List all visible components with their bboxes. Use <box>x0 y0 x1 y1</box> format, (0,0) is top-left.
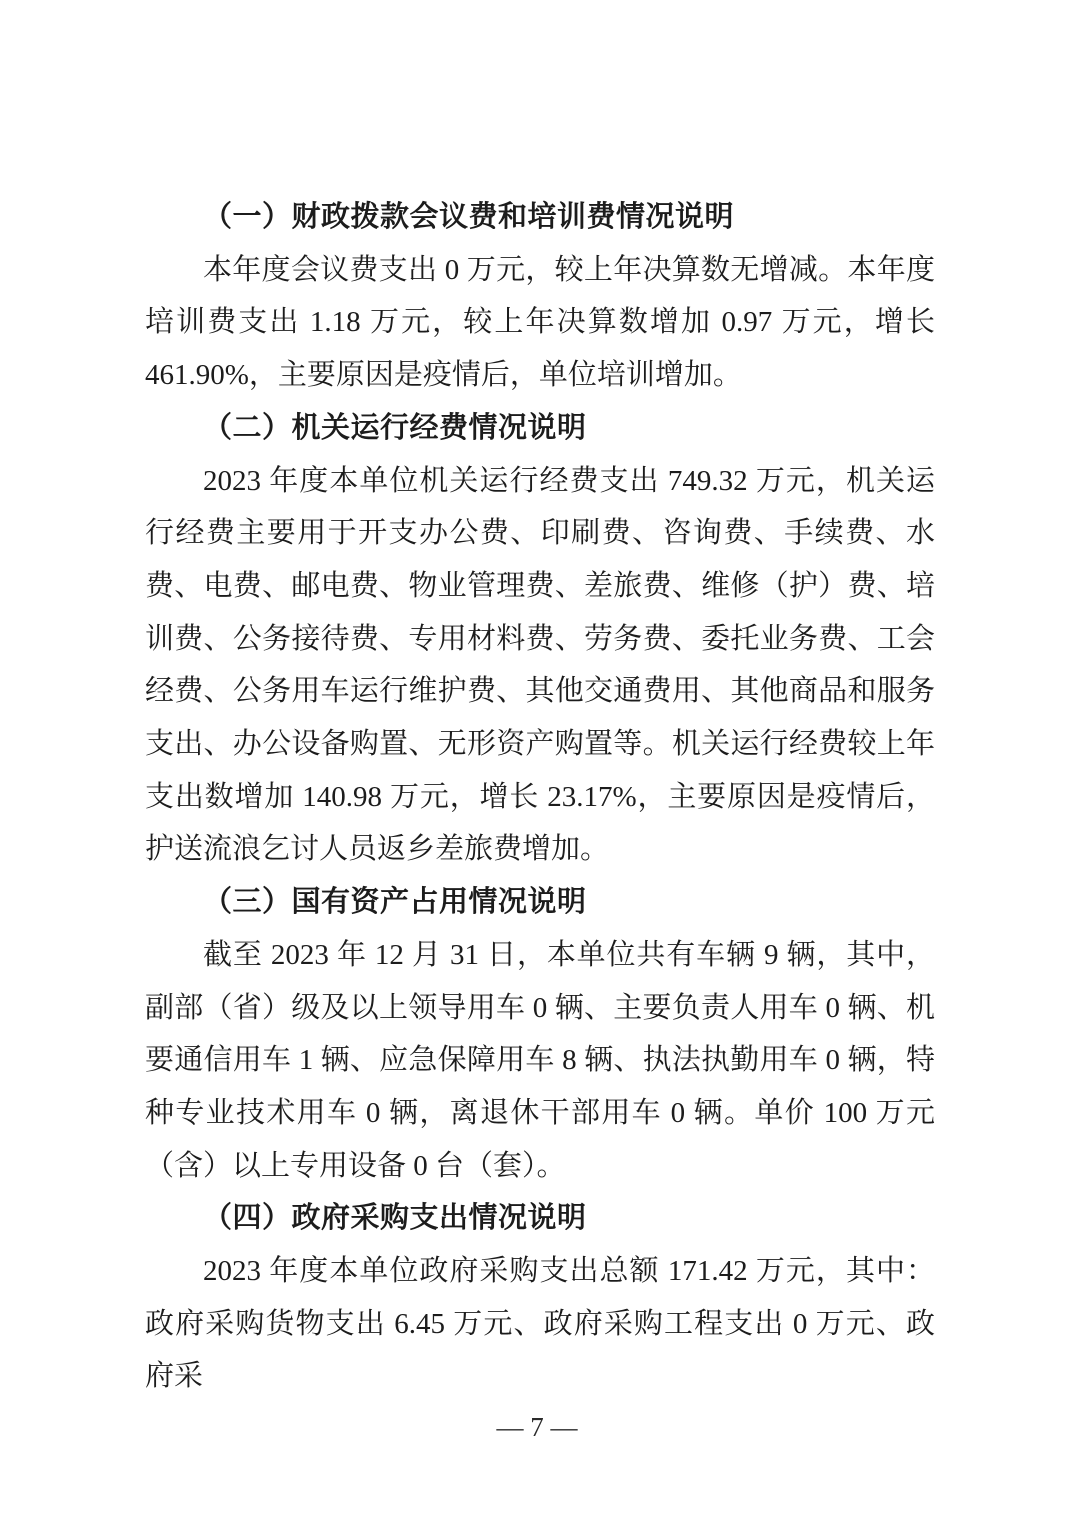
document-body: （一）财政拨款会议费和培训费情况说明 本年度会议费支出 0 万元，较上年决算数无… <box>145 191 935 1403</box>
section-1: （一）财政拨款会议费和培训费情况说明 本年度会议费支出 0 万元，较上年决算数无… <box>145 191 935 402</box>
section-3-heading: （三）国有资产占用情况说明 <box>145 876 935 929</box>
section-2: （二）机关运行经费情况说明 2023 年度本单位机关运行经费支出 749.32 … <box>145 402 935 876</box>
section-2-paragraph: 2023 年度本单位机关运行经费支出 749.32 万元，机关运行经费主要用于开… <box>145 455 935 877</box>
section-1-heading: （一）财政拨款会议费和培训费情况说明 <box>145 191 935 244</box>
page-number: — 7 — <box>0 1410 1074 1444</box>
section-4-paragraph: 2023 年度本单位政府采购支出总额 171.42 万元，其中：政府采购货物支出… <box>145 1245 935 1403</box>
section-4-heading: （四）政府采购支出情况说明 <box>145 1192 935 1245</box>
section-3-paragraph: 截至 2023 年 12 月 31 日，本单位共有车辆 9 辆，其中，副部（省）… <box>145 929 935 1193</box>
section-2-heading: （二）机关运行经费情况说明 <box>145 402 935 455</box>
document-page: （一）财政拨款会议费和培训费情况说明 本年度会议费支出 0 万元，较上年决算数无… <box>0 0 1074 1520</box>
section-4: （四）政府采购支出情况说明 2023 年度本单位政府采购支出总额 171.42 … <box>145 1192 935 1403</box>
section-3: （三）国有资产占用情况说明 截至 2023 年 12 月 31 日，本单位共有车… <box>145 876 935 1192</box>
section-1-paragraph: 本年度会议费支出 0 万元，较上年决算数无增减。本年度培训费支出 1.18 万元… <box>145 244 935 402</box>
